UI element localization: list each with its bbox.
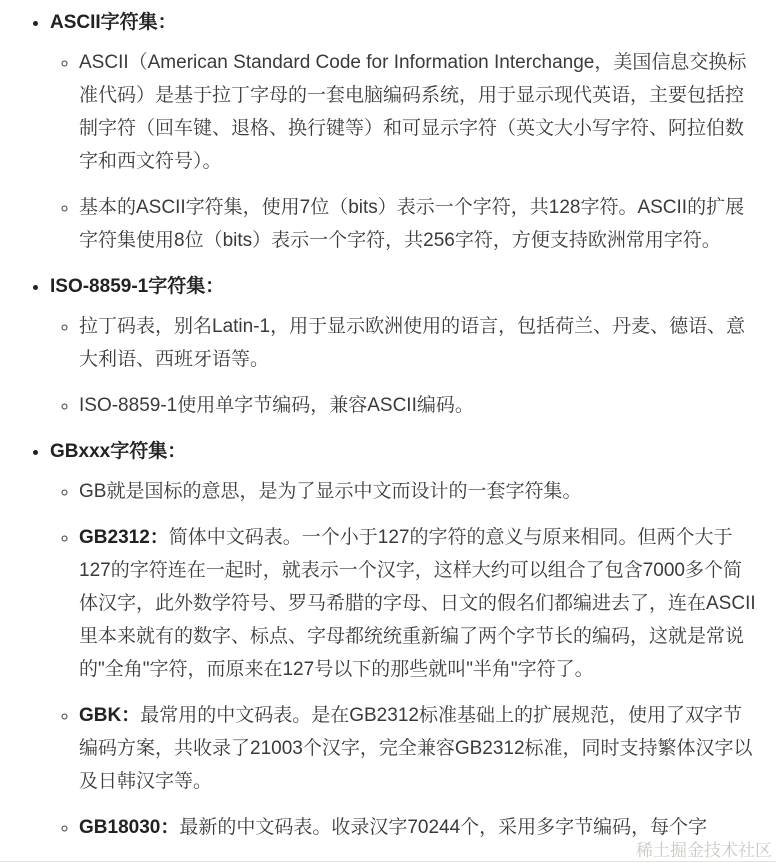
charset-list: ASCII字符集： ASCII（American Standard Code f… — [4, 6, 760, 844]
section-iso-sublist: 拉丁码表，别名Latin-1，用于显示欧洲使用的语言，包括荷兰、丹麦、德语、意大… — [50, 310, 760, 422]
item-text: ISO-8859-1使用单字节编码，兼容ASCII编码。 — [79, 395, 474, 416]
item-text: GB就是国标的意思，是为了显示中文而设计的一套字符集。 — [79, 481, 581, 502]
item-lead-gb2312: GB2312： — [79, 527, 169, 548]
list-item: ISO-8859-1使用单字节编码，兼容ASCII编码。 — [79, 389, 760, 422]
list-item: GB就是国标的意思，是为了显示中文而设计的一套字符集。 — [79, 475, 760, 508]
list-item: 拉丁码表，别名Latin-1，用于显示欧洲使用的语言，包括荷兰、丹麦、德语、意大… — [79, 310, 760, 376]
section-ascii: ASCII字符集： ASCII（American Standard Code f… — [50, 6, 760, 257]
item-lead-gb18030: GB18030： — [79, 817, 179, 838]
article-content: ASCII字符集： ASCII（American Standard Code f… — [4, 6, 760, 844]
list-item-gb2312: GB2312：简体中文码表。一个小于127的字符的意义与原来相同。但两个大于12… — [79, 521, 760, 686]
section-ascii-sublist: ASCII（American Standard Code for Informa… — [50, 46, 760, 257]
section-gbxxx-sublist: GB就是国标的意思，是为了显示中文而设计的一套字符集。 GB2312：简体中文码… — [50, 475, 760, 844]
section-title-ascii: ASCII字符集： — [50, 12, 177, 33]
list-item-gbk: GBK：最常用的中文码表。是在GB2312标准基础上的扩展规范，使用了双字节编码… — [79, 699, 760, 798]
section-gbxxx: GBxxx字符集： GB就是国标的意思，是为了显示中文而设计的一套字符集。 GB… — [50, 435, 760, 844]
item-text: 最新的中文码表。收录汉字70244个，采用多字节编码，每个字 — [179, 817, 707, 838]
item-text: ASCII（American Standard Code for Informa… — [79, 52, 746, 172]
item-text: 基本的ASCII字符集，使用7位（bits）表示一个字符，共128字符。ASCI… — [79, 197, 744, 251]
article-page: 稀土掘金技术社区 ASCII字符集： ASCII（American Standa… — [0, 0, 776, 863]
section-title-iso: ISO-8859-1字符集： — [50, 276, 224, 297]
site-watermark: 稀土掘金技术社区 — [636, 841, 772, 861]
section-title-gbxxx: GBxxx字符集： — [50, 441, 186, 462]
list-item: 基本的ASCII字符集，使用7位（bits）表示一个字符，共128字符。ASCI… — [79, 191, 760, 257]
list-item-gb18030: GB18030：最新的中文码表。收录汉字70244个，采用多字节编码，每个字 — [79, 811, 760, 844]
bottom-divider — [0, 861, 776, 862]
item-lead-gbk: GBK： — [79, 705, 140, 726]
list-item: ASCII（American Standard Code for Informa… — [79, 46, 760, 178]
section-iso-8859-1: ISO-8859-1字符集： 拉丁码表，别名Latin-1，用于显示欧洲使用的语… — [50, 270, 760, 422]
item-text: 简体中文码表。一个小于127的字符的意义与原来相同。但两个大于127的字符连在一… — [79, 527, 756, 680]
item-text: 最常用的中文码表。是在GB2312标准基础上的扩展规范，使用了双字节编码方案，共… — [79, 705, 753, 792]
item-text: 拉丁码表，别名Latin-1，用于显示欧洲使用的语言，包括荷兰、丹麦、德语、意大… — [79, 316, 745, 370]
